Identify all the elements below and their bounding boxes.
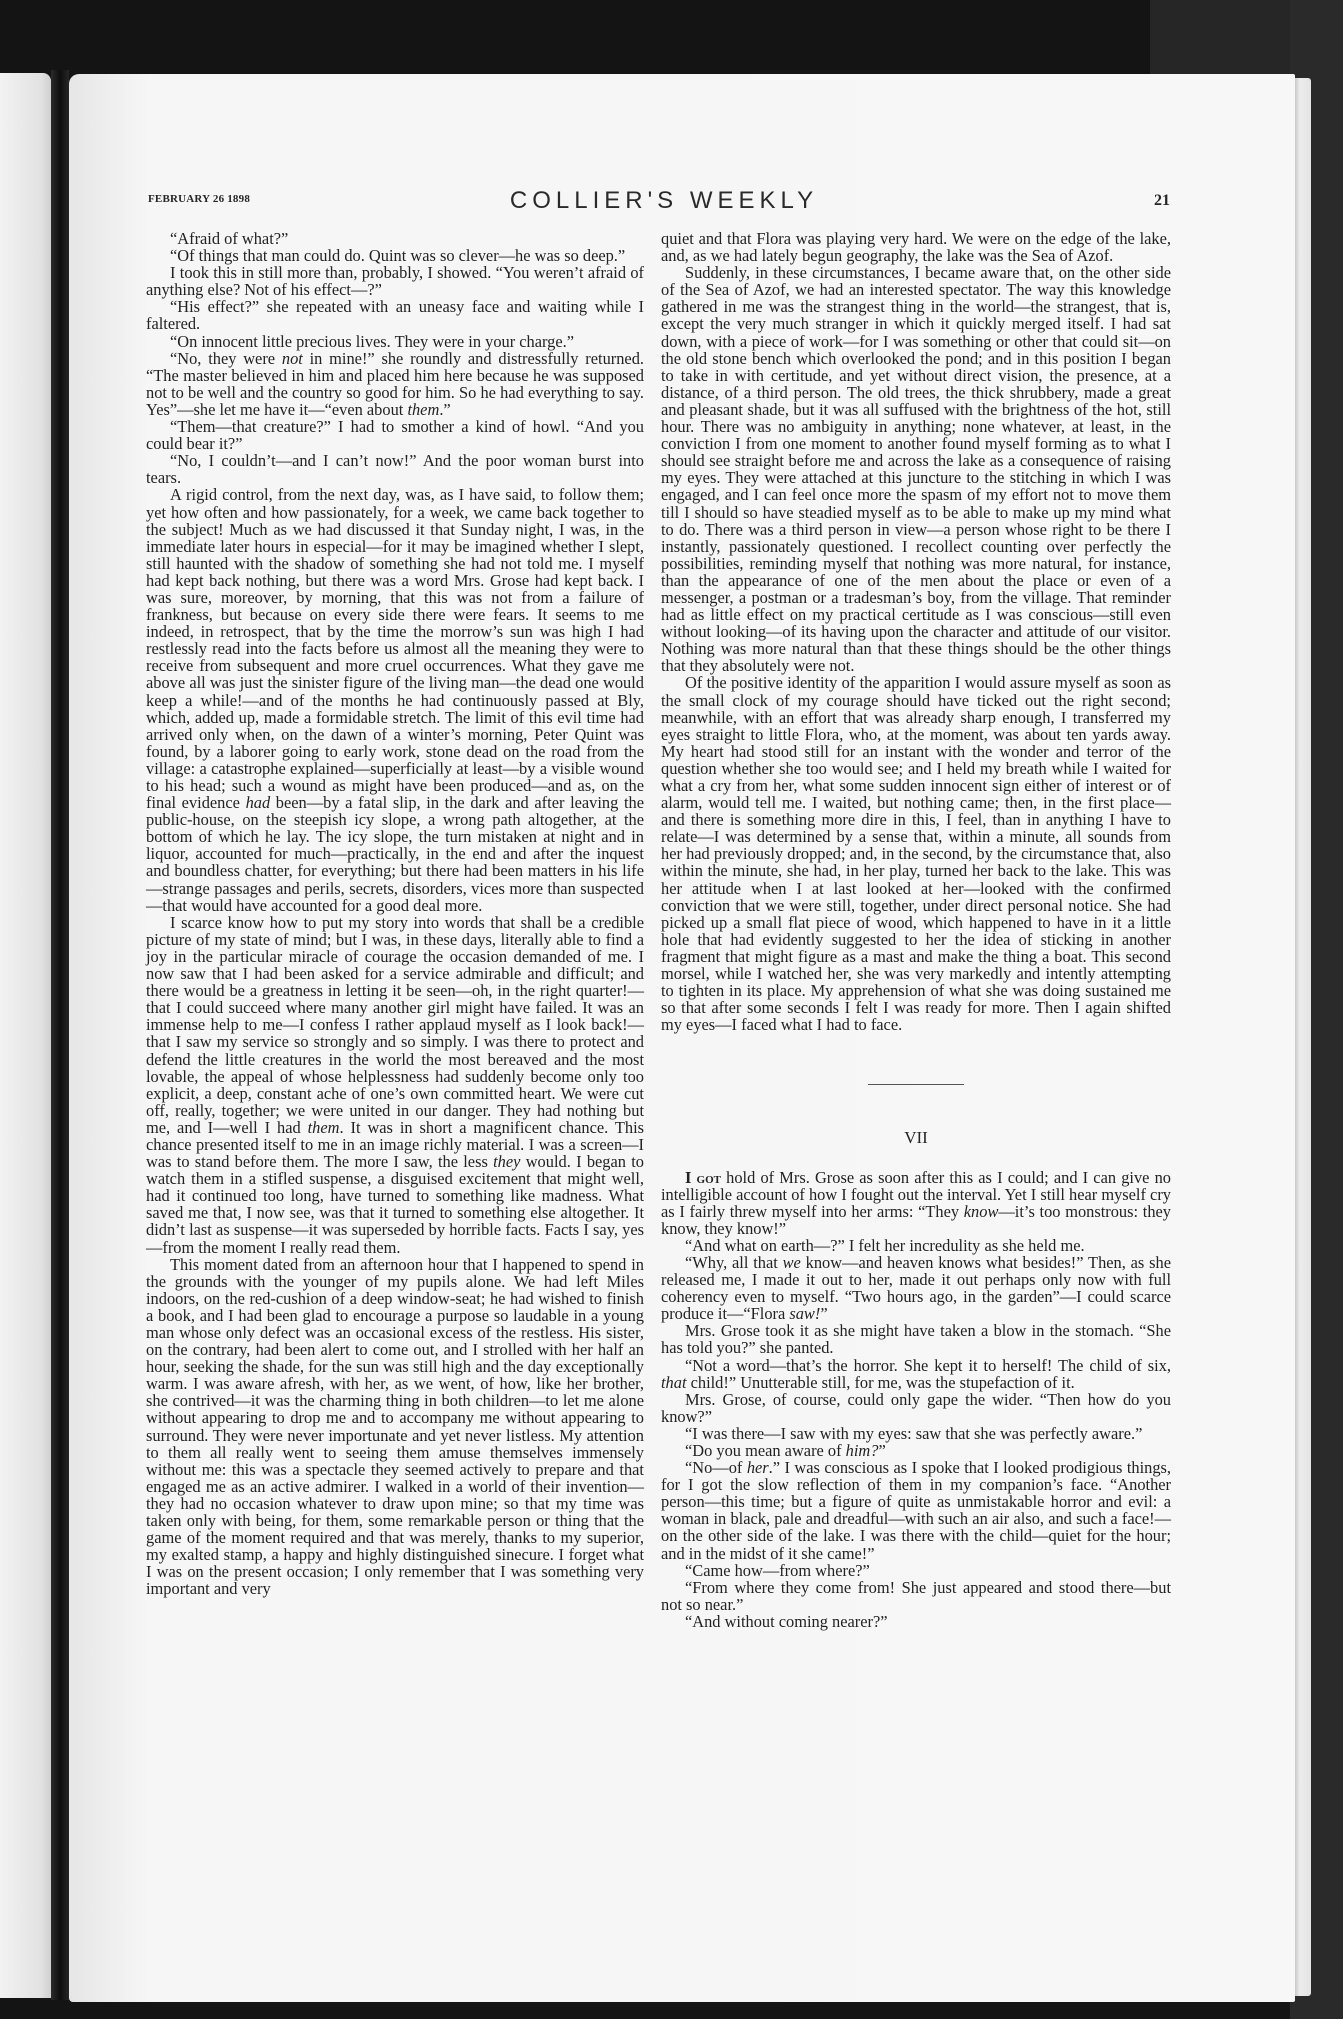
paragraph: “From where they come from! She just app… <box>661 1579 1171 1613</box>
left-column: “Afraid of what?”“Of things that man cou… <box>146 230 644 1598</box>
paragraph: “No—of her.” I was conscious as I spoke … <box>661 1459 1171 1562</box>
chapter-heading: VII <box>661 1129 1171 1146</box>
paragraph: “Not a word—that’s the horror. She kept … <box>661 1357 1171 1391</box>
paragraph: “Do you mean aware of him?” <box>661 1442 1171 1459</box>
paragraph: Mrs. Grose took it as she might have tak… <box>661 1322 1171 1356</box>
right-column: quiet and that Flora was playing very ha… <box>661 230 1171 1630</box>
adjacent-page-edge <box>0 73 51 1998</box>
right-column-text-before-break: quiet and that Flora was playing very ha… <box>661 230 1171 1033</box>
section-divider-rule <box>868 1084 964 1085</box>
paragraph: “Afraid of what?” <box>146 230 644 247</box>
paragraph: I scarce know how to put my story into w… <box>146 914 644 1256</box>
paragraph: “His effect?” she repeated with an uneas… <box>146 298 644 332</box>
paragraph: “On innocent little precious lives. They… <box>146 333 644 350</box>
paragraph: “Them—that creature?” I had to smother a… <box>146 418 644 452</box>
book-gutter <box>51 70 69 2000</box>
paragraph: “Of things that man could do. Quint was … <box>146 247 644 264</box>
paragraph: “No, I couldn’t—and I can’t now!” And th… <box>146 452 644 486</box>
paragraph: This moment dated from an afternoon hour… <box>146 1256 644 1598</box>
paragraph: A rigid control, from the next day, was,… <box>146 486 644 913</box>
paragraph: “Why, all that we know—and heaven knows … <box>661 1254 1171 1322</box>
paragraph: “No, they were not in mine!” she roundly… <box>146 350 644 418</box>
paragraph: quiet and that Flora was playing very ha… <box>661 230 1171 264</box>
paragraph: “And without coming nearer?” <box>661 1613 1171 1630</box>
chapter-vii-text: I got hold of Mrs. Grose as soon after t… <box>661 1169 1171 1631</box>
paragraph: I got hold of Mrs. Grose as soon after t… <box>661 1169 1171 1237</box>
paragraph: Of the positive identity of the appariti… <box>661 674 1171 1033</box>
page-number: 21 <box>1154 192 1170 210</box>
paragraph: Mrs. Grose, of course, could only gape t… <box>661 1391 1171 1425</box>
paragraph: “Came how—from where?” <box>661 1562 1171 1579</box>
running-header: FEBRUARY 26 1898 COLLIER'S WEEKLY 21 <box>148 187 1180 217</box>
paragraph: I took this in still more than, probably… <box>146 264 644 298</box>
paragraph: Suddenly, in these circumstances, I beca… <box>661 264 1171 674</box>
paragraph: “And what on earth—?” I felt her incredu… <box>661 1237 1171 1254</box>
page-stack-edge <box>1295 78 1311 1996</box>
masthead: COLLIER'S WEEKLY <box>148 187 1180 215</box>
paragraph: “I was there—I saw with my eyes: saw tha… <box>661 1425 1171 1442</box>
